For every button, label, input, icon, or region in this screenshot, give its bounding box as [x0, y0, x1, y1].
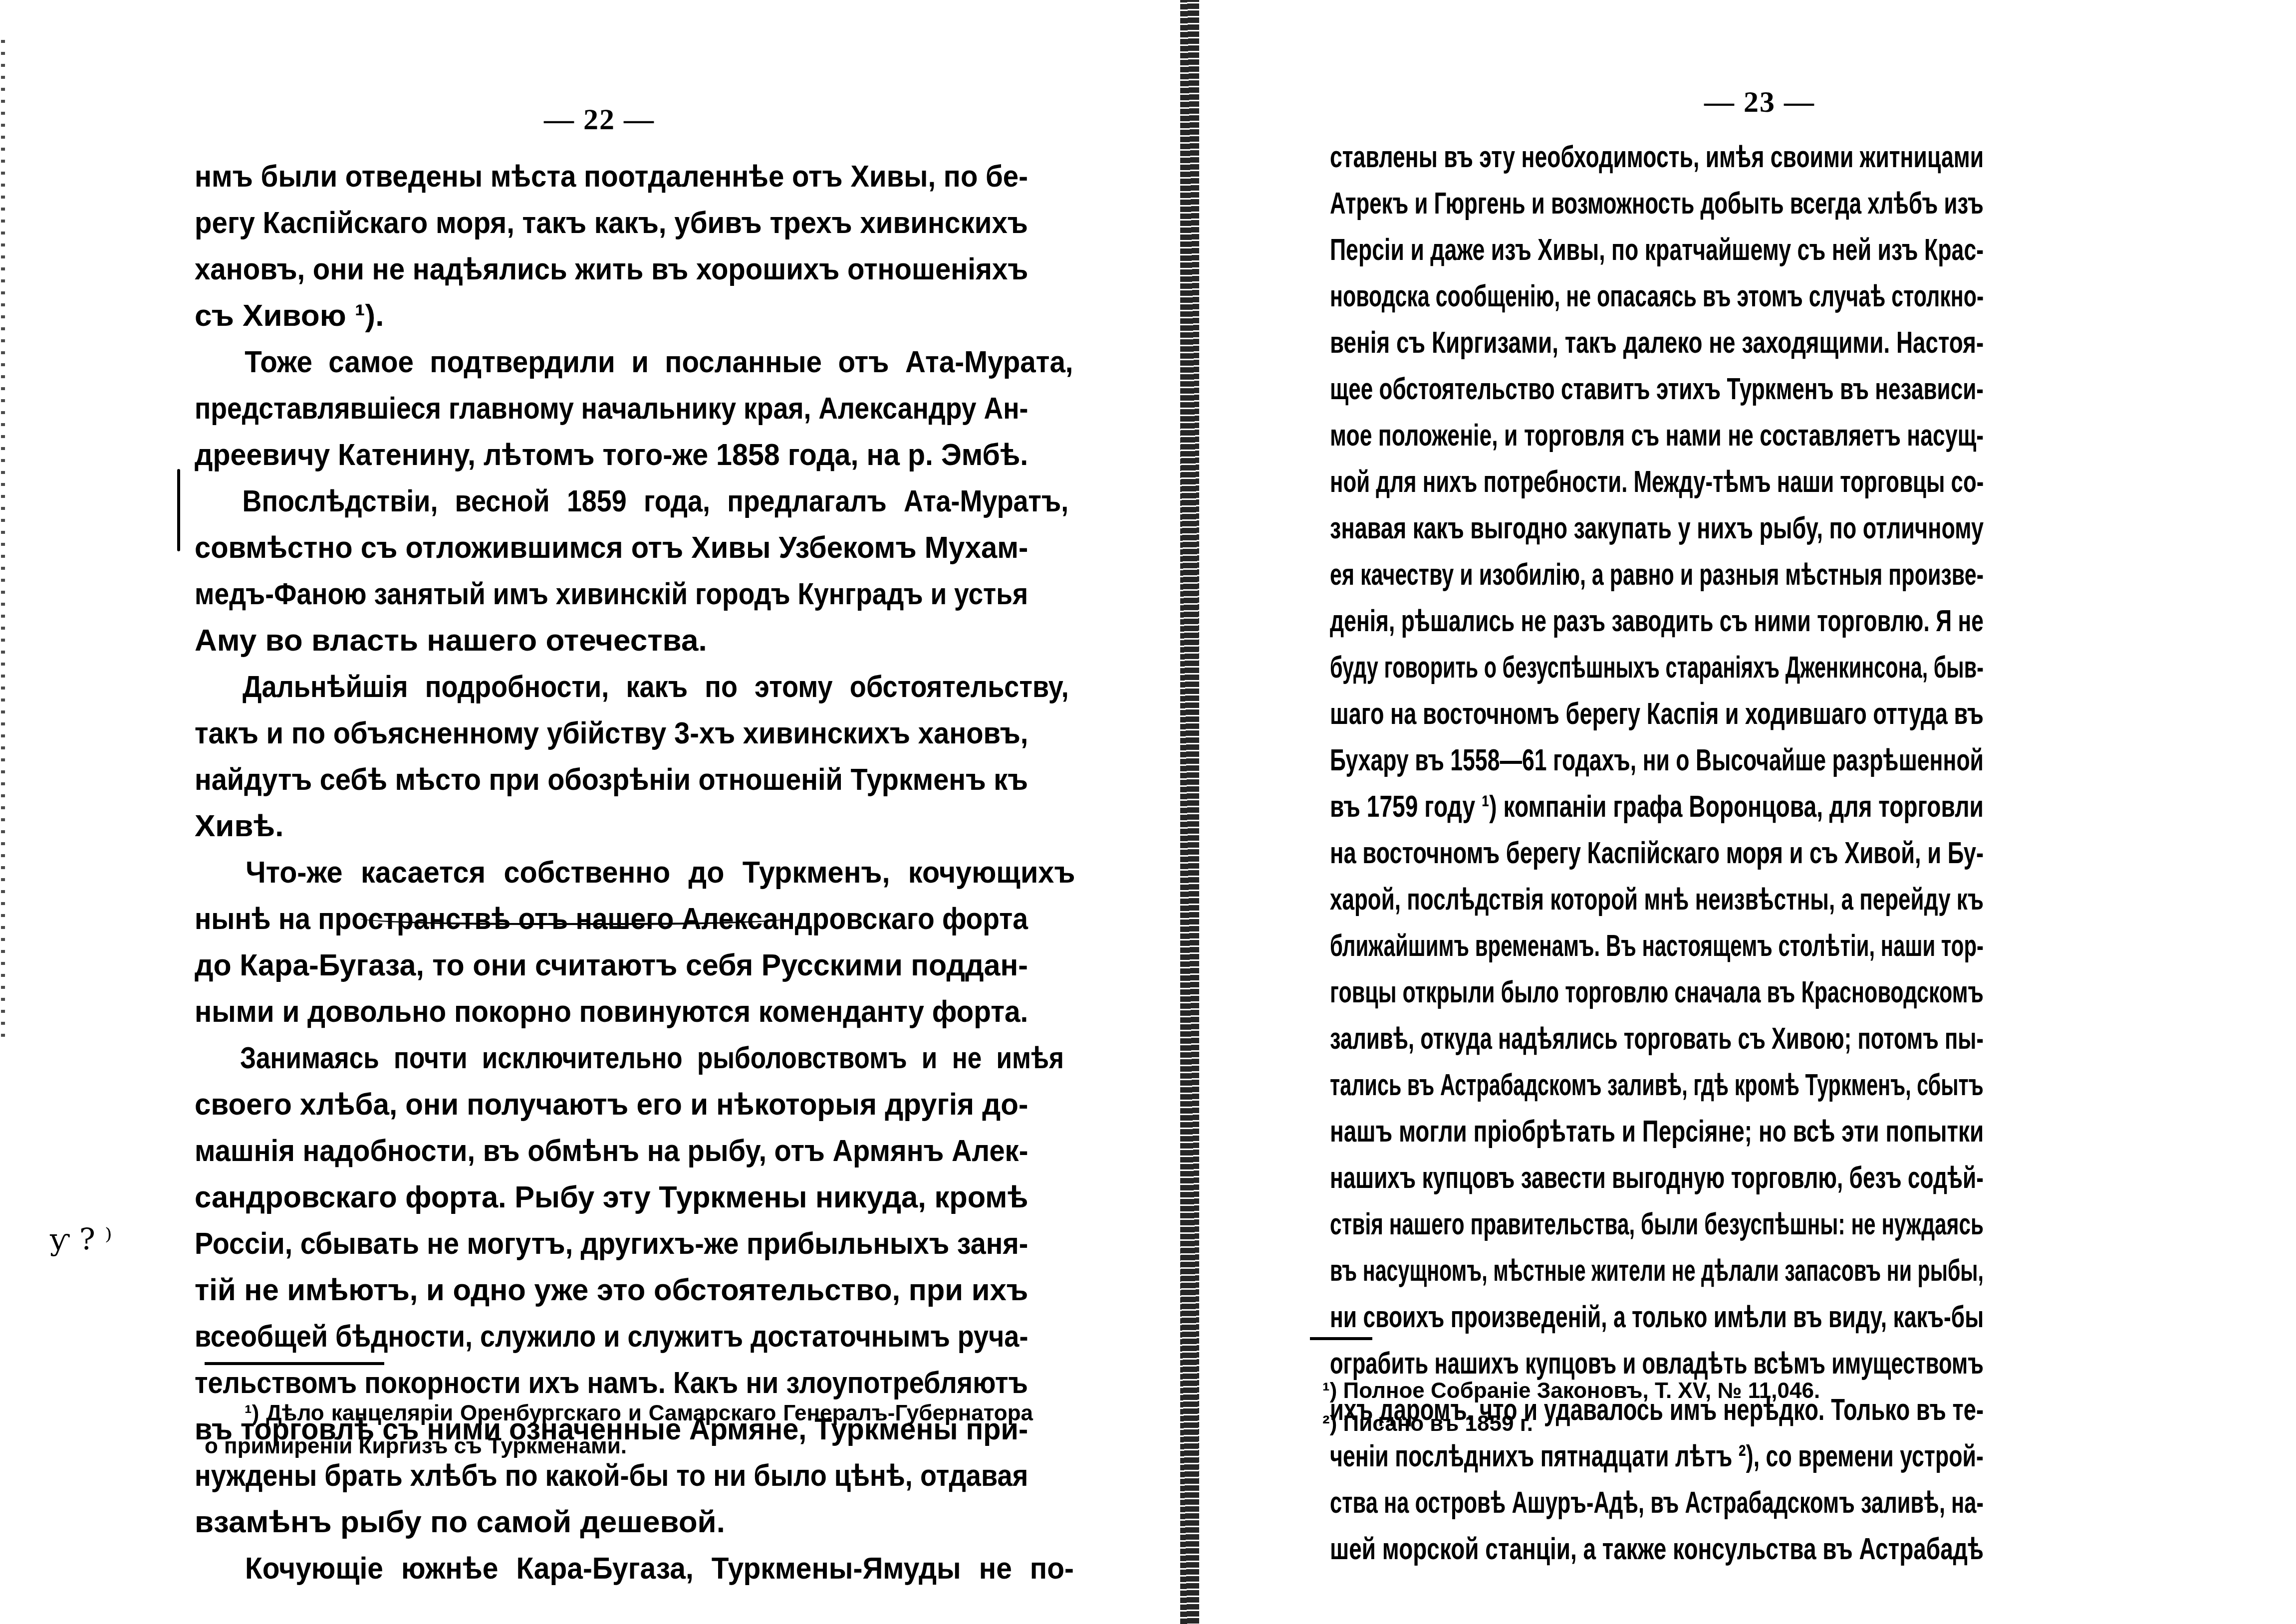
text-line: найдутъ себѣ мѣсто при обозрѣніи отношен…	[195, 756, 1028, 803]
text-line: дреевичу Катенину, лѣтомъ того-же 1858 г…	[195, 432, 1028, 478]
pencil-margin-note: ƴ ? ⁾	[50, 1222, 112, 1257]
text-line: ной для нихъ потребности. Между-тѣмъ наш…	[1330, 459, 1984, 505]
text-line: такъ и по объясненному убійству 3-хъ хив…	[195, 710, 1028, 756]
text-line: совмѣстно съ отложившимся отъ Хивы Узбек…	[195, 524, 1028, 571]
footnote-1: ¹) Дѣло канцеляріи Оренбургскаго и Самар…	[205, 1397, 1033, 1430]
footnote-1: ¹) Полное Собраніе Законовъ, Т. XV, № 11…	[1322, 1375, 1971, 1407]
pencil-underline-mark	[359, 908, 788, 925]
text-line: Хивѣ.	[195, 803, 1028, 849]
text-line: въ 1759 году ¹) компаніи графа Воронцова…	[1330, 783, 1984, 830]
text-line: нашихъ купцовъ завести выгодную торговлю…	[1330, 1155, 1984, 1201]
text-line: шаго на восточномъ берегу Каспія и ходив…	[1330, 691, 1984, 737]
footnotes: ¹) Дѣло канцеляріи Оренбургскаго и Самар…	[205, 1397, 1033, 1463]
margin-bracket-mark	[177, 469, 180, 551]
text-line: шей морской станціи, а также консульства…	[1330, 1526, 1984, 1572]
text-line: нашъ могли пріобрѣтать и Персіяне; но вс…	[1330, 1108, 1984, 1155]
text-line: Бухару въ 1558—61 годахъ, ни о Высочайше…	[1330, 737, 1984, 783]
text-line: говцы открыли было торговлю сначала въ К…	[1330, 969, 1984, 1015]
right-page: — 23 — ставлены въ эту необходимость, им…	[1198, 0, 2296, 1624]
body-text: ставлены въ эту необходимость, имѣя свои…	[1330, 134, 1984, 1572]
text-line: Что-же касается собственно до Туркменъ, …	[195, 849, 1075, 896]
footnote-rule	[1310, 1337, 1372, 1340]
text-line: взамѣнъ рыбу по самой дешевой.	[195, 1499, 1028, 1545]
text-line: нмъ были отведены мѣста поотдаленнѣе отъ…	[195, 153, 1028, 200]
footnote-2: ²) Писано въ 1859 г.	[1322, 1407, 1971, 1440]
text-line: съ Хивою ¹).	[195, 292, 1028, 339]
text-line: въ насущномъ, мѣстные жители не дѣлали з…	[1330, 1247, 1984, 1294]
text-line: ными и довольно покорно повинуются комен…	[195, 988, 958, 1035]
text-line: знавая какъ выгодно закупать у нихъ рыбу…	[1330, 505, 1984, 551]
text-line: ства на островѣ Ашуръ-Адѣ, въ Астрабадск…	[1330, 1479, 1984, 1526]
text-line: Тоже самое подтвердили и посланные отъ А…	[195, 339, 1073, 385]
text-line: щее обстоятельство ставитъ этихъ Туркмен…	[1330, 366, 1984, 412]
text-line: машнія надобности, въ обмѣнъ на рыбу, от…	[195, 1128, 1028, 1174]
text-line: тались въ Астрабадскомъ заливѣ, гдѣ кром…	[1330, 1062, 1984, 1108]
page-number: — 23 —	[1704, 85, 1815, 119]
text-line: своего хлѣба, они получаютъ его и нѣкото…	[195, 1081, 1028, 1128]
text-line: представлявшіеся главному начальнику кра…	[195, 385, 1028, 432]
text-line: ни своихъ произведеній, а только имѣли в…	[1330, 1294, 1984, 1340]
text-line: всеобщей бѣдности, служило и служитъ дос…	[195, 1313, 1028, 1360]
footnote-rule	[205, 1362, 384, 1365]
text-line: ствія нашего правительства, были безуспѣ…	[1330, 1201, 1984, 1247]
text-line: денія, рѣшались не разъ заводить съ ними…	[1330, 598, 1984, 644]
text-line: ставлены въ эту необходимость, имѣя свои…	[1330, 134, 1984, 180]
text-line: Аму во власть нашего отечества.	[195, 617, 1028, 664]
text-line: буду говорить о безуспѣшныхъ стараніяхъ …	[1330, 644, 1984, 691]
text-line: новодска сообщенію, не опасаясь въ этомъ…	[1330, 273, 1984, 319]
text-line: на восточномъ берегу Каспійскаго моря и …	[1330, 830, 1984, 876]
text-line: тій не имѣютъ, и одно уже это обстоятель…	[195, 1267, 1028, 1313]
text-line: до Кара-Бугаза, то они считаютъ себя Рус…	[195, 942, 1028, 988]
text-line: ея качеству и изобилію, а равно и разныя…	[1330, 551, 1984, 598]
text-line: ближайшимъ временамъ. Въ настоящемъ стол…	[1330, 923, 1984, 969]
text-line: Дальнѣйшія подробности, какъ по этому об…	[195, 664, 1069, 710]
text-line: Атрекъ и Гюргень и возможность добыть вс…	[1330, 180, 1984, 227]
text-line: мое положеніе, и торговля съ нами не сос…	[1330, 412, 1984, 459]
text-line: венія съ Киргизами, такъ далеко не заход…	[1330, 319, 1984, 366]
text-line: Персіи и даже изъ Хивы, по кратчайшему с…	[1330, 227, 1984, 273]
text-line: сандровскаго форта. Рыбу эту Туркмены ни…	[195, 1174, 1028, 1220]
left-page: — 22 — нмъ были отведены мѣста поотдален…	[0, 0, 1188, 1624]
text-line: Россіи, сбывать не могутъ, другихъ-же пр…	[195, 1220, 1028, 1267]
footnotes: ¹) Полное Собраніе Законовъ, Т. XV, № 11…	[1322, 1375, 1971, 1440]
text-line: медъ-Фаною занятый имъ хивинскій городъ …	[195, 571, 1028, 617]
text-line: Кочующіе южнѣе Кара-Бугаза, Туркмены-Яму…	[195, 1545, 1074, 1592]
text-line: заливѣ, откуда надѣялись торговать съ Хи…	[1330, 1015, 1984, 1062]
footnote-1-cont: о примиреніи Киргизъ съ Туркменами.	[205, 1430, 1033, 1463]
text-line: регу Каспійскаго моря, такъ какъ, убивъ …	[195, 200, 1028, 246]
text-line-underlined: Занимаясь почти исключительно рыболовств…	[195, 1035, 1064, 1081]
page-number: — 22 —	[544, 102, 655, 137]
text-line: хановъ, они не надѣялись жить въ хороших…	[195, 246, 1028, 292]
text-line: Впослѣдствіи, весной 1859 года, предлага…	[195, 478, 1068, 524]
text-line: харой, послѣдствія которой мнѣ неизвѣстн…	[1330, 876, 1984, 923]
body-text: нмъ были отведены мѣста поотдаленнѣе отъ…	[195, 153, 1028, 1592]
